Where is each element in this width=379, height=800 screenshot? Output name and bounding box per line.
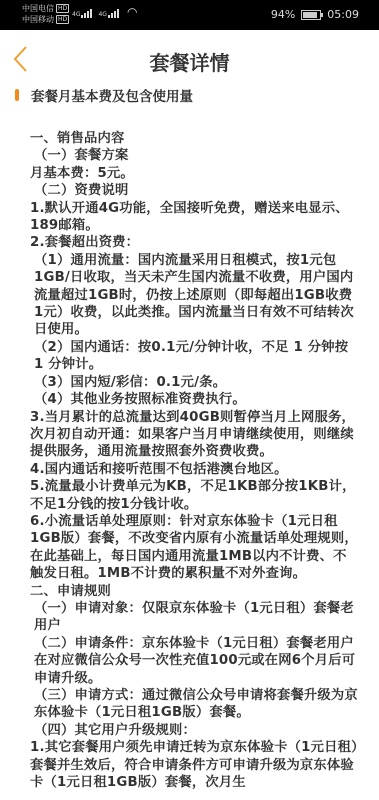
battery-percent: 94%	[271, 8, 295, 21]
signal-indicators: 4G 4G ◠	[72, 6, 137, 18]
carrier-2: 中国移动	[22, 14, 54, 25]
wifi-icon: ◠	[127, 6, 137, 18]
content-line: （一）申请对象：仅限京东体验卡（1元日租）套餐老用户	[30, 600, 359, 635]
signal-icon: 4G	[98, 9, 118, 18]
content-line: （一）套餐方案	[30, 147, 359, 164]
content-line: （3）国内短/彩信：0.1元/条。	[30, 374, 359, 391]
content-line: 1.默认开通4G功能，全国接听免费，赠送来电显示、189邮箱。	[30, 200, 359, 235]
content-line: （1）通用流量：国内流量采用日租模式，按1元包1GB/日收取，当天未产生国内流量…	[30, 252, 359, 339]
content-line: （四）其它用户升级规则：	[30, 722, 359, 739]
nav-header: 套餐详情	[0, 30, 379, 88]
carrier-info: 中国电信HD 中国移动HD	[22, 3, 69, 25]
content-line: 一、销售品内容	[30, 130, 359, 147]
content-line: 二、申请规则	[30, 583, 359, 600]
page-title: 套餐详情	[0, 47, 379, 76]
accent-bar	[15, 89, 19, 101]
section-title: 套餐月基本费及包含使用量	[31, 85, 193, 105]
hd-badge: HD	[56, 4, 69, 13]
content-line: （三）申请方式：通过微信公众号申请将套餐升级为京东体验卡（1元日租1GB版）套餐…	[30, 687, 359, 722]
content-line: 1.其它套餐用户须先申请迁转为京东体验卡（1元日租）套餐并生效后，符合申请条件方…	[30, 739, 359, 791]
content-line: 2.套餐超出资费：	[30, 234, 359, 251]
carrier-1: 中国电信	[22, 3, 54, 14]
content-line: 6.小流量话单处理原则：针对京东体验卡（1元日租1GB版）套餐，不改变省内原有小…	[30, 513, 359, 583]
hd-badge: HD	[56, 15, 69, 24]
content-line: 月基本费：5元。	[30, 165, 359, 182]
content-line: （二）申请条件：京东体验卡（1元日租）套餐老用户在对应微信公众号一次性充值100…	[30, 635, 359, 687]
content-line: 3.当月累计的总流量达到40GB则暂停当月上网服务，次月初自动开通：如果客户当月…	[30, 409, 359, 461]
status-bar: 中国电信HD 中国移动HD 4G 4G ◠ 94% 05:09	[0, 0, 379, 30]
content-line: （2）国内通话：按0.1元/分钟计收，不足 1 分钟按 1 分钟计。	[30, 339, 359, 374]
package-details: 一、销售品内容 （一）套餐方案 月基本费：5元。 （二）资费说明 1.默认开通4…	[0, 106, 379, 791]
content-line: （4）其他业务按照标准资费执行。	[30, 391, 359, 408]
content-line: 5.流量最小计费单元为KB，不足1KB部分按1KB计，不足1分钱的按1分钱计收。	[30, 478, 359, 513]
battery-icon	[301, 10, 321, 20]
signal-icon: 4G	[72, 9, 92, 18]
content-line: 4.国内通话和接听范围不包括港澳台地区。	[30, 461, 359, 478]
content-line: （二）资费说明	[30, 182, 359, 199]
clock: 05:09	[327, 8, 359, 21]
